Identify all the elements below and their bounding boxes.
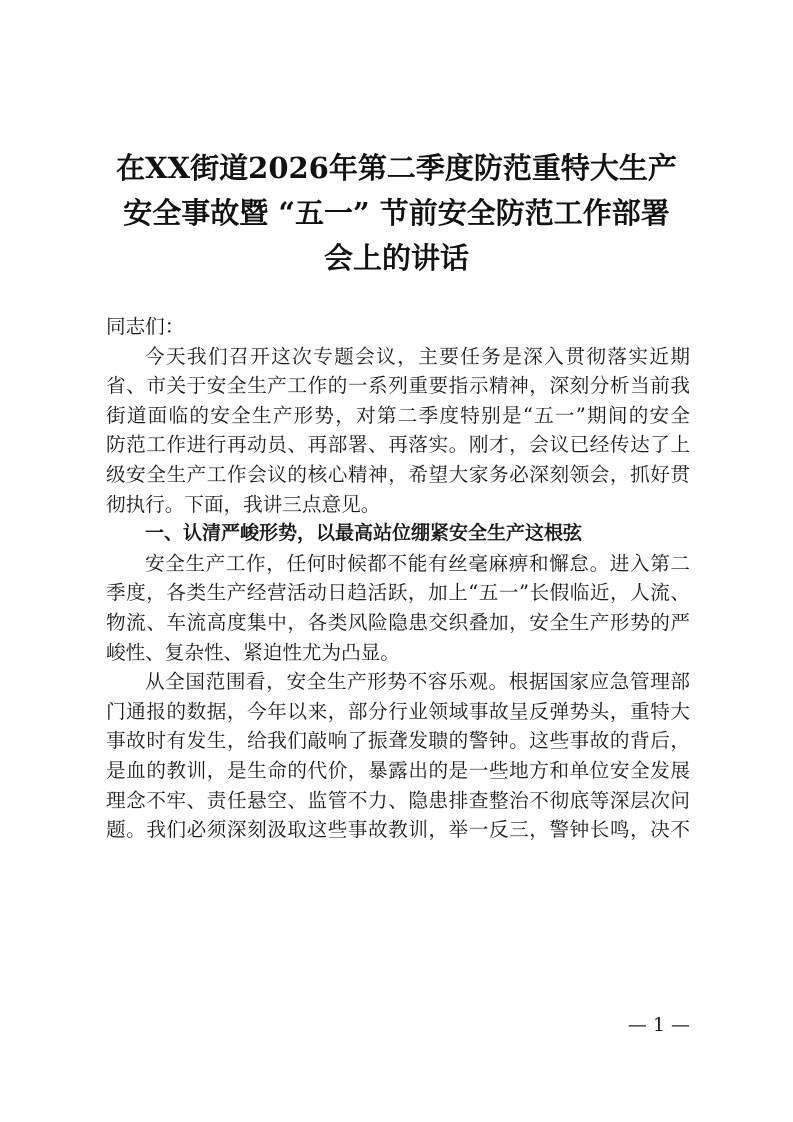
title-line-1: 在XX街道2026年第二季度防范重特大生产: [100, 146, 693, 191]
body-line: 是血的教训，是生命的代价，暴露出的是一些地方和单位安全发展: [106, 756, 690, 786]
body-line: 季度，各类生产经营活动日趋活跃，加上“五一”长假临近，人流、: [106, 578, 690, 608]
body-line: 事故时有发生，给我们敲响了振聋发聩的警钟。这些事故的背后，: [106, 726, 690, 756]
body-line: 门通报的数据，今年以来，部分行业领域事故呈反弹势头，重特大: [106, 697, 690, 727]
page-number: — 1 —: [600, 1014, 690, 1036]
document-title: 在XX街道2026年第二季度防范重特大生产 安全事故暨 “五一” 节前安全防范工…: [100, 146, 693, 281]
document-page: 在XX街道2026年第二季度防范重特大生产 安全事故暨 “五一” 节前安全防范工…: [0, 0, 793, 1122]
body-line: 峻性、复杂性、紧迫性尤为凸显。: [106, 638, 690, 668]
body-line: 防范工作进行再动员、再部署、再落实。刚才，会议已经传达了上: [106, 430, 690, 460]
title-line-3: 会上的讲话: [100, 236, 693, 281]
salutation: 同志们：: [106, 312, 690, 342]
title-line-2: 安全事故暨 “五一” 节前安全防范工作部署: [100, 191, 693, 236]
body-line: 题。我们必须深刻汲取这些事故教训，举一反三，警钟长鸣，决不: [106, 815, 690, 845]
section-heading: 一、认清严峻形势，以最高站位绷紧安全生产这根弦: [106, 519, 690, 549]
body-line: 省、市关于安全生产工作的一系列重要指示精神，深刻分析当前我: [106, 371, 690, 401]
body-line: 从全国范围看，安全生产形势不容乐观。根据国家应急管理部: [106, 667, 690, 697]
body-line: 级安全生产工作会议的核心精神，希望大家务必深刻领会，抓好贯: [106, 460, 690, 490]
body-line: 今天我们召开这次专题会议，主要任务是深入贯彻落实近期: [106, 342, 690, 372]
body-line: 物流、车流高度集中，各类风险隐患交织叠加，安全生产形势的严: [106, 608, 690, 638]
body-line: 理念不牢、责任悬空、监管不力、隐患排查整治不彻底等深层次问: [106, 786, 690, 816]
body-line: 街道面临的安全生产形势，对第二季度特别是“五一”期间的安全: [106, 401, 690, 431]
body-line: 彻执行。下面，我讲三点意见。: [106, 490, 690, 520]
document-body: 同志们： 今天我们召开这次专题会议，主要任务是深入贯彻落实近期 省、市关于安全生…: [106, 312, 690, 845]
body-line: 安全生产工作，任何时候都不能有丝毫麻痹和懈怠。进入第二: [106, 549, 690, 579]
